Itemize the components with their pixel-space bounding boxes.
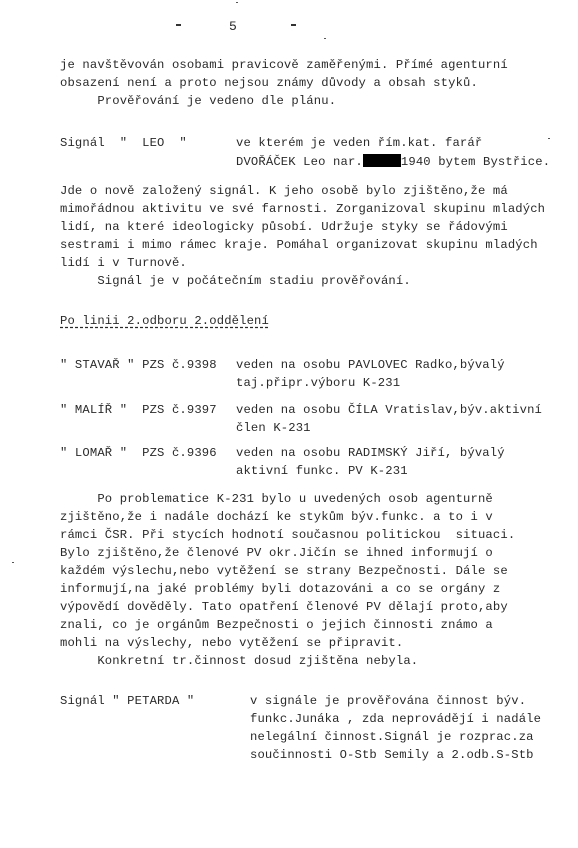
- signal-leo-body-line: Signál je v počátečním stadiu prověřován…: [60, 274, 411, 288]
- k231-line: Konkretní tr.činnost dosud zjištěna neby…: [60, 654, 418, 668]
- signal-petarda-label: Signál " PETARDA ": [60, 694, 194, 708]
- k231-line: výpovědí dověděly. Tato opatření členové…: [60, 600, 508, 614]
- intro-line: obsazení není a proto nejsou známy důvod…: [60, 76, 478, 90]
- k231-line: Po problematice K-231 bylo u uvedených o…: [60, 492, 493, 506]
- k231-line: mohli na výslechy, nebo vytěžení se přip…: [60, 636, 403, 650]
- signal-leo-desc-line: ve kterém je veden řím.kat. farář: [236, 136, 482, 150]
- signal-leo-body-line: Jde o nově založený signál. K jeho osobě…: [60, 184, 508, 198]
- signal-petarda-line: v signále je prověřována činnost býv.: [250, 694, 526, 708]
- scan-speck: [12, 562, 14, 563]
- k231-line: informují,na jaké problémy byli dotazová…: [60, 582, 500, 596]
- k231-line: zjištěno,že i nadále dochází ke stykům b…: [60, 510, 493, 524]
- intro-line: Prověřování je vedeno dle plánu.: [60, 94, 336, 108]
- page-number: 5: [229, 19, 237, 34]
- signal-petarda-line: funkc.Junáka , zda neprovádějí i nadále: [250, 712, 541, 726]
- k231-line: každém výslechu,nebo vytěžení se strany …: [60, 564, 508, 578]
- pzs-desc: člen K-231: [236, 421, 311, 435]
- signal-leo-name: DVOŘÁČEK Leo nar.: [236, 155, 363, 169]
- k231-line: znali, co je orgánům Bezpečnosti o jejic…: [60, 618, 493, 632]
- pzs-desc: veden na osobu RADIMSKÝ Jiří, bývalý: [236, 446, 505, 460]
- signal-petarda-line: nelegální činnost.Signál je rozprac.za: [250, 730, 534, 744]
- signal-leo-body-line: mimořádnou aktivitu ve své farnosti. Zor…: [60, 202, 545, 216]
- signal-leo-body-line: sestrami i mimo rámec kraje. Pomáhal org…: [60, 238, 538, 252]
- intro-line: je navštěvován osobami pravicově zaměřen…: [60, 58, 508, 72]
- pzs-desc: aktivní funkc. PV K-231: [236, 464, 408, 478]
- signal-petarda-line: součinnosti O-Stb Semily a 2.odb.S-Stb: [250, 748, 534, 762]
- signal-leo-desc-line: DVOŘÁČEK Leo nar.1940 bytem Bystřice.: [236, 154, 550, 169]
- section-heading: Po linii 2.odboru 2.oddělení: [60, 314, 269, 328]
- signal-leo-label: Signál " LEO ": [60, 136, 187, 150]
- k231-line: rámci ČSR. Při stycích hodnotí současnou…: [60, 528, 515, 542]
- redaction-box: [363, 154, 401, 167]
- scan-speck: [548, 138, 550, 139]
- scan-speck: [236, 2, 238, 3]
- pzs-code: " MALÍŘ " PZS č.9397: [60, 403, 217, 417]
- signal-leo-birth: 1940 bytem Bystřice.: [401, 155, 550, 169]
- pzs-code: " STAVAŘ " PZS č.9398: [60, 358, 217, 372]
- signal-leo-body-line: lidí i v Turnově.: [60, 256, 187, 270]
- header-dash-right: [291, 24, 296, 26]
- signal-leo-body-line: lidí, na které ideologicky působí. Udržu…: [60, 220, 508, 234]
- header-dash-left: [176, 24, 181, 26]
- scan-speck: [324, 38, 326, 39]
- pzs-code: " LOMAŘ " PZS č.9396: [60, 446, 217, 460]
- pzs-desc: taj.připr.výboru K-231: [236, 376, 400, 390]
- pzs-desc: veden na osobu PAVLOVEC Radko,bývalý: [236, 358, 505, 372]
- k231-line: Bylo zjištěno,že členové PV okr.Jičín se…: [60, 546, 493, 560]
- pzs-desc: veden na osobu ČÍLA Vratislav,býv.aktivn…: [236, 403, 542, 417]
